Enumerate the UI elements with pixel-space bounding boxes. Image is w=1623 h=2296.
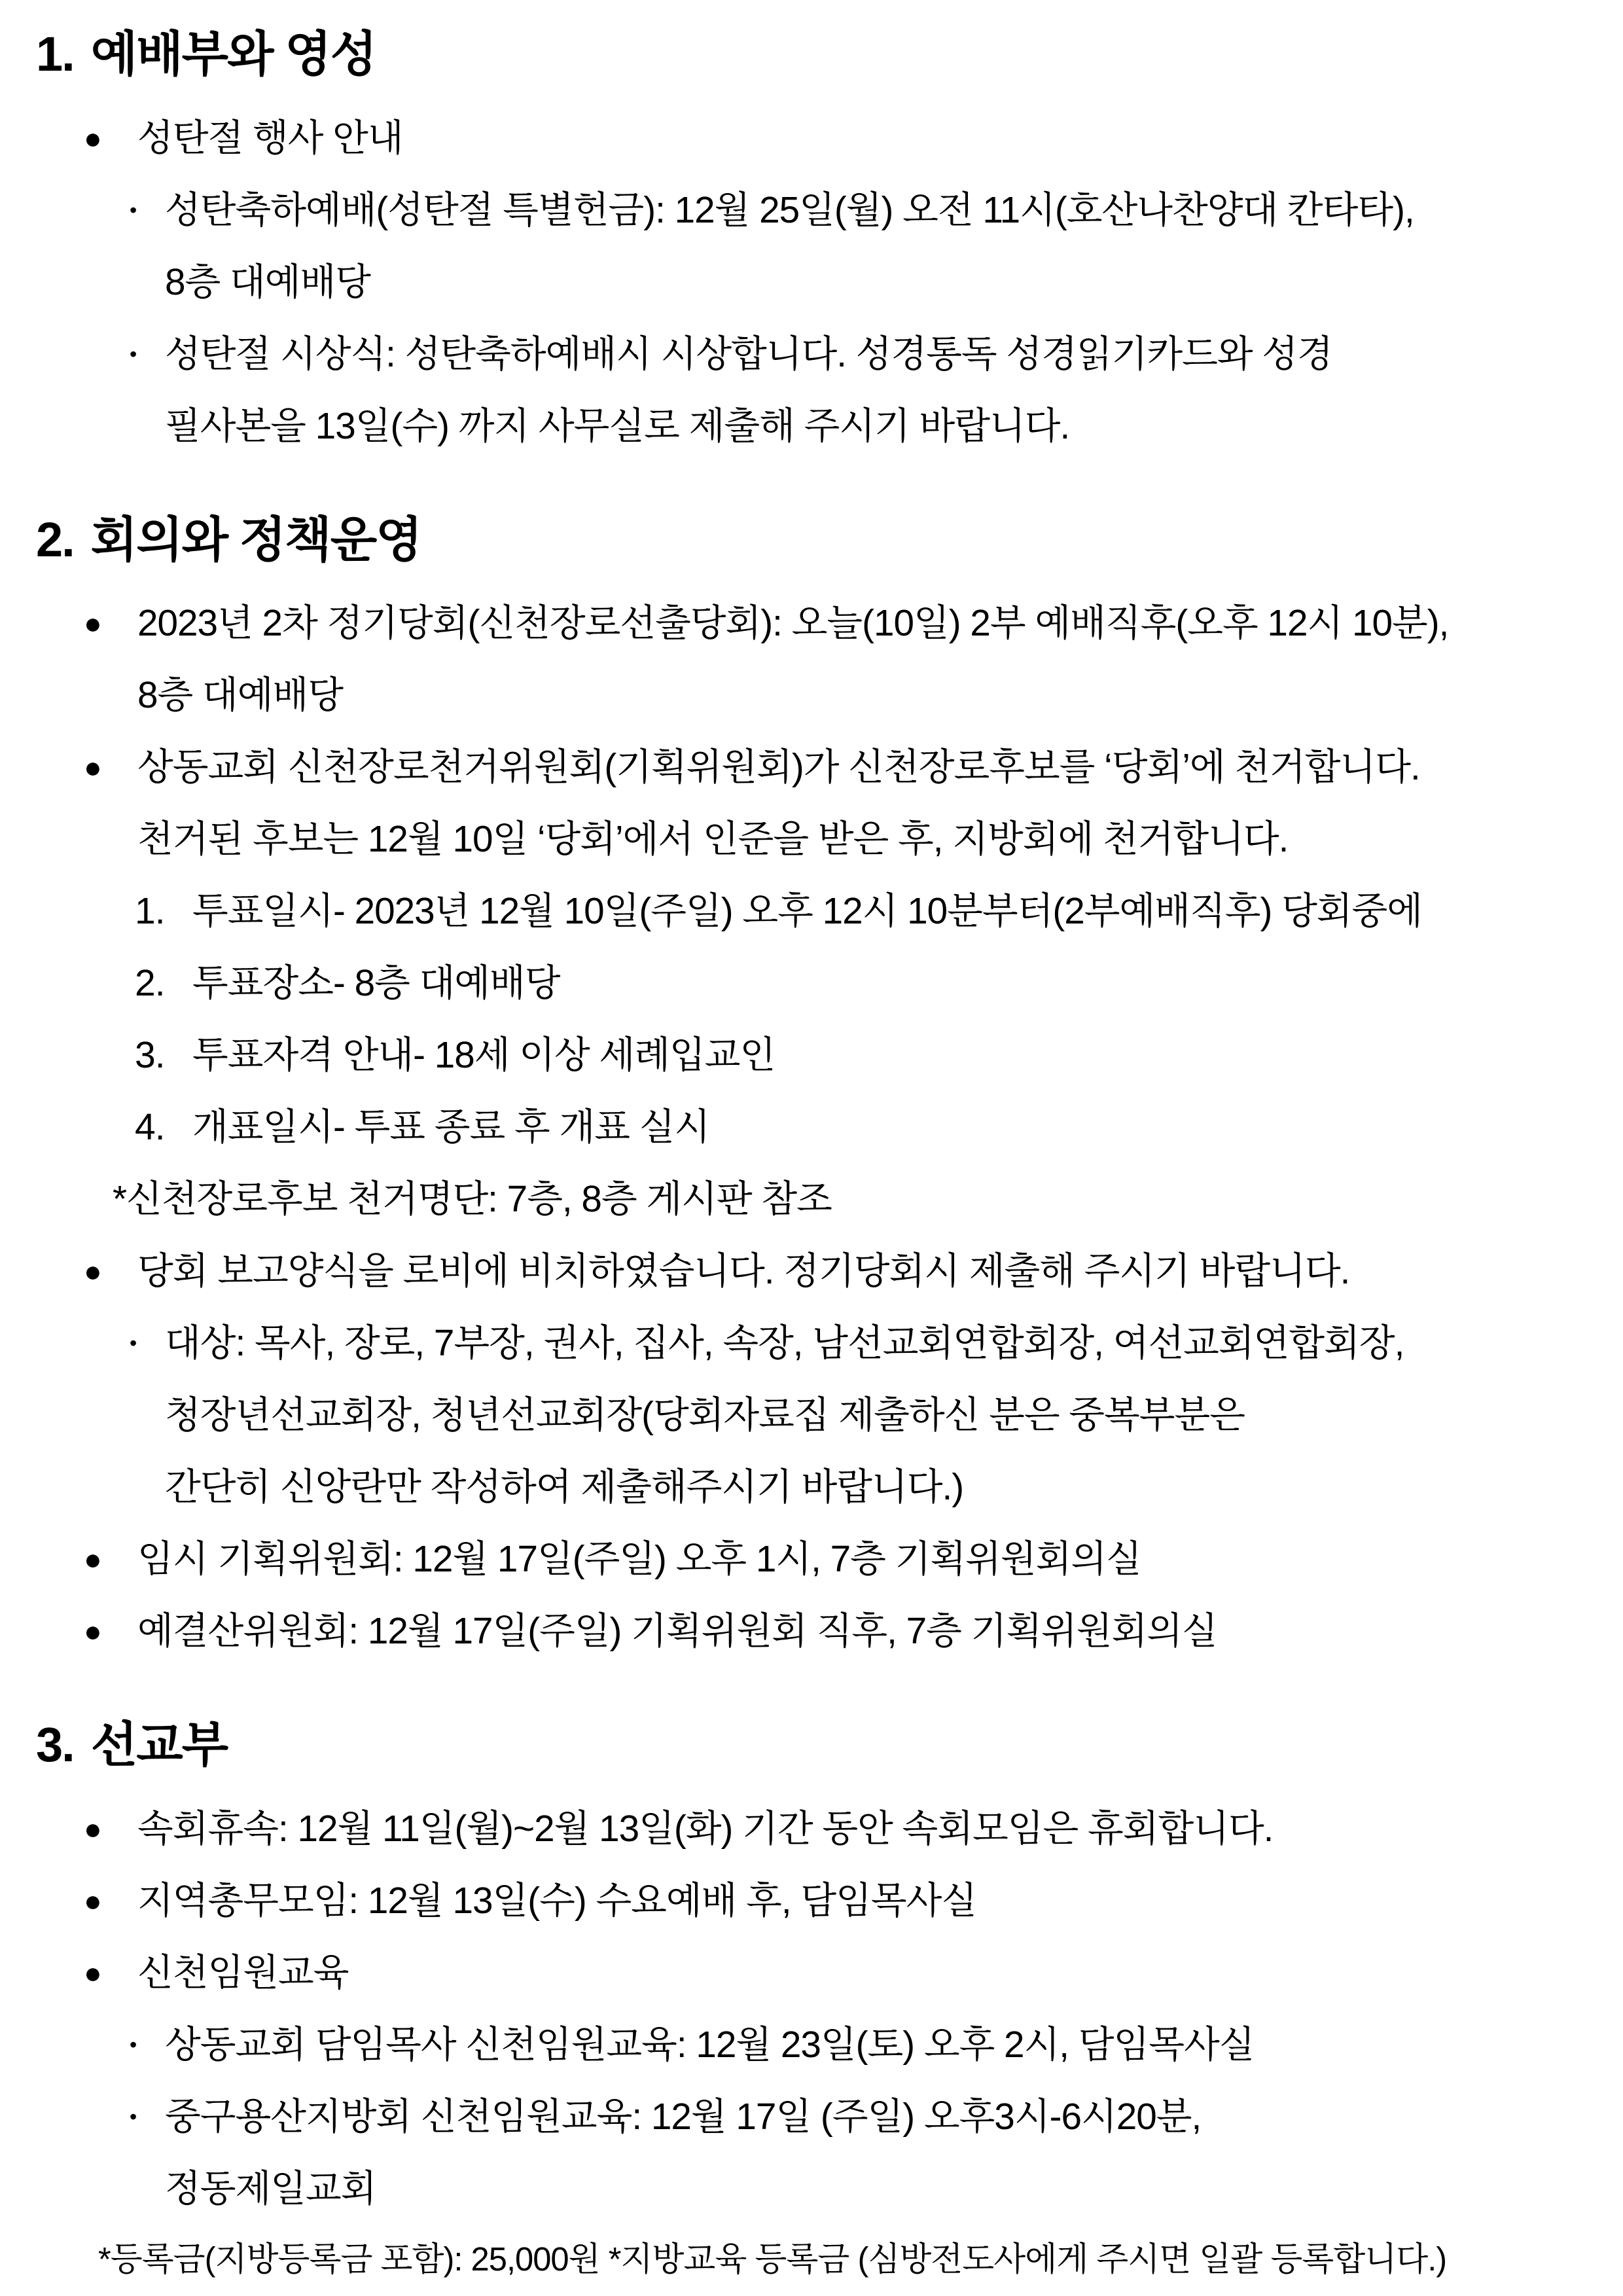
bullet-icon: ● <box>84 587 137 659</box>
announcement-document: 1.예배부와 영성●성탄절 행사 안내•성탄축하예배(성탄절 특별헌금): 12… <box>0 0 1623 2294</box>
text-line: 투표일시- 2023년 12월 10일(주일) 오후 12시 10분부터(2부예… <box>192 875 1614 947</box>
list-item: •상동교회 담임목사 신천임원교육: 12월 23일(토) 오후 2시, 담임목… <box>0 2009 1623 2081</box>
item-lines: 투표일시- 2023년 12월 10일(주일) 오후 12시 10분부터(2부예… <box>192 875 1623 947</box>
section-number: 2. <box>36 512 74 567</box>
item-lines: 상동교회 신천장로천거위원회(기획위원회)가 신천장로후보를 ‘당회’에 천거합… <box>137 731 1623 875</box>
text-line: 지역총무모임: 12월 13일(수) 수요예배 후, 담임목사실 <box>137 1865 1614 1937</box>
section-2: 2.회의와 정책운영●2023년 2차 정기당회(신천장로선출당회): 오늘(1… <box>0 514 1623 1668</box>
list-item: *등록금(지방등록금 포함): 25,000원 *지방교육 등록금 (심방전도사… <box>0 2225 1623 2294</box>
item-lines: 성탄절 시상식: 성탄축하예배시 시상합니다. 성경통독 성경읽기카드와 성경필… <box>165 318 1623 462</box>
sub-bullet-icon: • <box>130 318 165 390</box>
item-number: 4. <box>135 1091 192 1163</box>
bullet-icon: ● <box>84 1865 137 1937</box>
item-lines: 당회 보고양식을 로비에 비치하였습니다. 정기당회시 제출해 주시기 바랍니다… <box>137 1235 1623 1307</box>
text-line: 성탄절 행사 안내 <box>137 102 1614 174</box>
bullet-icon: ● <box>84 1235 137 1307</box>
list-item: •성탄축하예배(성탄절 특별헌금): 12월 25일(월) 오전 11시(호산나… <box>0 174 1623 318</box>
text-line: 임시 기획위원회: 12월 17일(주일) 오후 1시, 7층 기획위원회의실 <box>137 1523 1614 1595</box>
text-line: 예결산위원회: 12월 17일(주일) 기획위원회 직후, 7층 기획위원회의실 <box>137 1595 1614 1667</box>
text-line: 투표자격 안내- 18세 이상 세례입교인 <box>192 1019 1614 1091</box>
bullet-icon: ● <box>84 1595 137 1667</box>
section-title: 예배부와 영성 <box>91 27 376 81</box>
list-item: 4.개표일시- 투표 종료 후 개표 실시 <box>0 1091 1623 1163</box>
section-heading: 2.회의와 정책운영 <box>36 514 1623 565</box>
sub-bullet-icon: • <box>130 174 165 246</box>
bullet-icon: ● <box>84 1523 137 1595</box>
text-line: 당회 보고양식을 로비에 비치하였습니다. 정기당회시 제출해 주시기 바랍니다… <box>137 1235 1614 1307</box>
list-item: •성탄절 시상식: 성탄축하예배시 시상합니다. 성경통독 성경읽기카드와 성경… <box>0 318 1623 462</box>
section-title: 회의와 정책운영 <box>91 512 421 567</box>
list-item: ●신천임원교육 <box>0 1937 1623 2009</box>
section-number: 3. <box>36 1717 74 1772</box>
sub-bullet-icon: • <box>130 2081 165 2153</box>
item-lines: 대상: 목사, 장로, 7부장, 권사, 집사, 속장, 남선교회연합회장, 여… <box>165 1307 1623 1523</box>
item-lines: 투표자격 안내- 18세 이상 세례입교인 <box>192 1019 1623 1091</box>
item-number: 1. <box>135 875 192 947</box>
bullet-icon: ● <box>84 1793 137 1865</box>
sub-bullet-icon: • <box>130 2009 165 2081</box>
text-line: 중구용산지방회 신천임원교육: 12월 17일 (주일) 오후3시-6시20분, <box>165 2081 1614 2153</box>
text-line: 투표장소- 8층 대예배당 <box>192 947 1614 1019</box>
item-lines: 신천임원교육 <box>137 1937 1623 2009</box>
text-line: 속회휴속: 12월 11일(월)~2월 13일(화) 기간 동안 속회모임은 휴… <box>137 1793 1614 1865</box>
list-item: ●예결산위원회: 12월 17일(주일) 기획위원회 직후, 7층 기획위원회의… <box>0 1595 1623 1667</box>
list-item: 2.투표장소- 8층 대예배당 <box>0 947 1623 1019</box>
item-lines: *등록금(지방등록금 포함): 25,000원 *지방교육 등록금 (심방전도사… <box>98 2225 1623 2294</box>
section-title: 선교부 <box>91 1717 227 1772</box>
list-item: •대상: 목사, 장로, 7부장, 권사, 집사, 속장, 남선교회연합회장, … <box>0 1307 1623 1523</box>
text-line: 개표일시- 투표 종료 후 개표 실시 <box>192 1091 1614 1163</box>
section-3: 3.선교부●속회휴속: 12월 11일(월)~2월 13일(화) 기간 동안 속… <box>0 1719 1623 2294</box>
text-line: 필사본을 13일(수) 까지 사무실로 제출해 주시기 바랍니다. <box>165 390 1614 462</box>
text-line: 천거된 후보는 12월 10일 ‘당회’에서 인준을 받은 후, 지방회에 천거… <box>137 803 1614 875</box>
list-item: ●임시 기획위원회: 12월 17일(주일) 오후 1시, 7층 기획위원회의실 <box>0 1523 1623 1595</box>
text-line: 8층 대예배당 <box>165 246 1614 318</box>
item-number: 3. <box>135 1019 192 1091</box>
item-lines: 성탄축하예배(성탄절 특별헌금): 12월 25일(월) 오전 11시(호산나찬… <box>165 174 1623 318</box>
item-lines: 속회휴속: 12월 11일(월)~2월 13일(화) 기간 동안 속회모임은 휴… <box>137 1793 1623 1865</box>
text-line: 청장년선교회장, 청년선교회장(당회자료집 제출하신 분은 중복부분은 <box>165 1379 1614 1451</box>
section-number: 1. <box>36 27 74 81</box>
item-lines: 성탄절 행사 안내 <box>137 102 1623 174</box>
item-lines: 2023년 2차 정기당회(신천장로선출당회): 오늘(10일) 2부 예배직후… <box>137 587 1623 731</box>
item-lines: 중구용산지방회 신천임원교육: 12월 17일 (주일) 오후3시-6시20분,… <box>165 2081 1623 2225</box>
item-lines: 개표일시- 투표 종료 후 개표 실시 <box>192 1091 1623 1163</box>
list-item: 1.투표일시- 2023년 12월 10일(주일) 오후 12시 10분부터(2… <box>0 875 1623 947</box>
list-item: 3.투표자격 안내- 18세 이상 세례입교인 <box>0 1019 1623 1091</box>
section-heading: 1.예배부와 영성 <box>36 29 1623 80</box>
bullet-icon: ● <box>84 102 137 174</box>
text-line: *등록금(지방등록금 포함): 25,000원 *지방교육 등록금 (심방전도사… <box>98 2225 1614 2294</box>
text-line: 성탄축하예배(성탄절 특별헌금): 12월 25일(월) 오전 11시(호산나찬… <box>165 174 1614 246</box>
text-line: 성탄절 시상식: 성탄축하예배시 시상합니다. 성경통독 성경읽기카드와 성경 <box>165 318 1614 390</box>
text-line: 상동교회 담임목사 신천임원교육: 12월 23일(토) 오후 2시, 담임목사… <box>165 2009 1614 2081</box>
text-line: *신천장로후보 천거명단: 7층, 8층 게시판 참조 <box>113 1163 1614 1235</box>
item-lines: 임시 기획위원회: 12월 17일(주일) 오후 1시, 7층 기획위원회의실 <box>137 1523 1623 1595</box>
list-item: ●지역총무모임: 12월 13일(수) 수요예배 후, 담임목사실 <box>0 1865 1623 1937</box>
list-item: ●상동교회 신천장로천거위원회(기획위원회)가 신천장로후보를 ‘당회’에 천거… <box>0 731 1623 875</box>
item-lines: 예결산위원회: 12월 17일(주일) 기획위원회 직후, 7층 기획위원회의실 <box>137 1595 1623 1667</box>
list-item: ●성탄절 행사 안내 <box>0 102 1623 174</box>
list-item: •중구용산지방회 신천임원교육: 12월 17일 (주일) 오후3시-6시20분… <box>0 2081 1623 2225</box>
item-number: 2. <box>135 947 192 1019</box>
text-line: 2023년 2차 정기당회(신천장로선출당회): 오늘(10일) 2부 예배직후… <box>137 587 1614 659</box>
text-line: 정동제일교회 <box>165 2153 1614 2225</box>
section-1: 1.예배부와 영성●성탄절 행사 안내•성탄축하예배(성탄절 특별헌금): 12… <box>0 29 1623 462</box>
bullet-icon: ● <box>84 1937 137 2009</box>
list-item: *신천장로후보 천거명단: 7층, 8층 게시판 참조 <box>0 1163 1623 1235</box>
text-line: 8층 대예배당 <box>137 659 1614 731</box>
item-lines: *신천장로후보 천거명단: 7층, 8층 게시판 참조 <box>113 1163 1623 1235</box>
text-line: 신천임원교육 <box>137 1937 1614 2009</box>
text-line: 대상: 목사, 장로, 7부장, 권사, 집사, 속장, 남선교회연합회장, 여… <box>165 1307 1614 1379</box>
list-item: ●당회 보고양식을 로비에 비치하였습니다. 정기당회시 제출해 주시기 바랍니… <box>0 1235 1623 1307</box>
list-item: ●2023년 2차 정기당회(신천장로선출당회): 오늘(10일) 2부 예배직… <box>0 587 1623 731</box>
list-item: ●속회휴속: 12월 11일(월)~2월 13일(화) 기간 동안 속회모임은 … <box>0 1793 1623 1865</box>
text-line: 간단히 신앙란만 작성하여 제출해주시기 바랍니다.) <box>165 1451 1614 1523</box>
bullet-icon: ● <box>84 731 137 803</box>
section-heading: 3.선교부 <box>36 1719 1623 1770</box>
item-lines: 지역총무모임: 12월 13일(수) 수요예배 후, 담임목사실 <box>137 1865 1623 1937</box>
item-lines: 투표장소- 8층 대예배당 <box>192 947 1623 1019</box>
item-lines: 상동교회 담임목사 신천임원교육: 12월 23일(토) 오후 2시, 담임목사… <box>165 2009 1623 2081</box>
text-line: 상동교회 신천장로천거위원회(기획위원회)가 신천장로후보를 ‘당회’에 천거합… <box>137 731 1614 803</box>
sub-bullet-icon: • <box>130 1307 165 1379</box>
